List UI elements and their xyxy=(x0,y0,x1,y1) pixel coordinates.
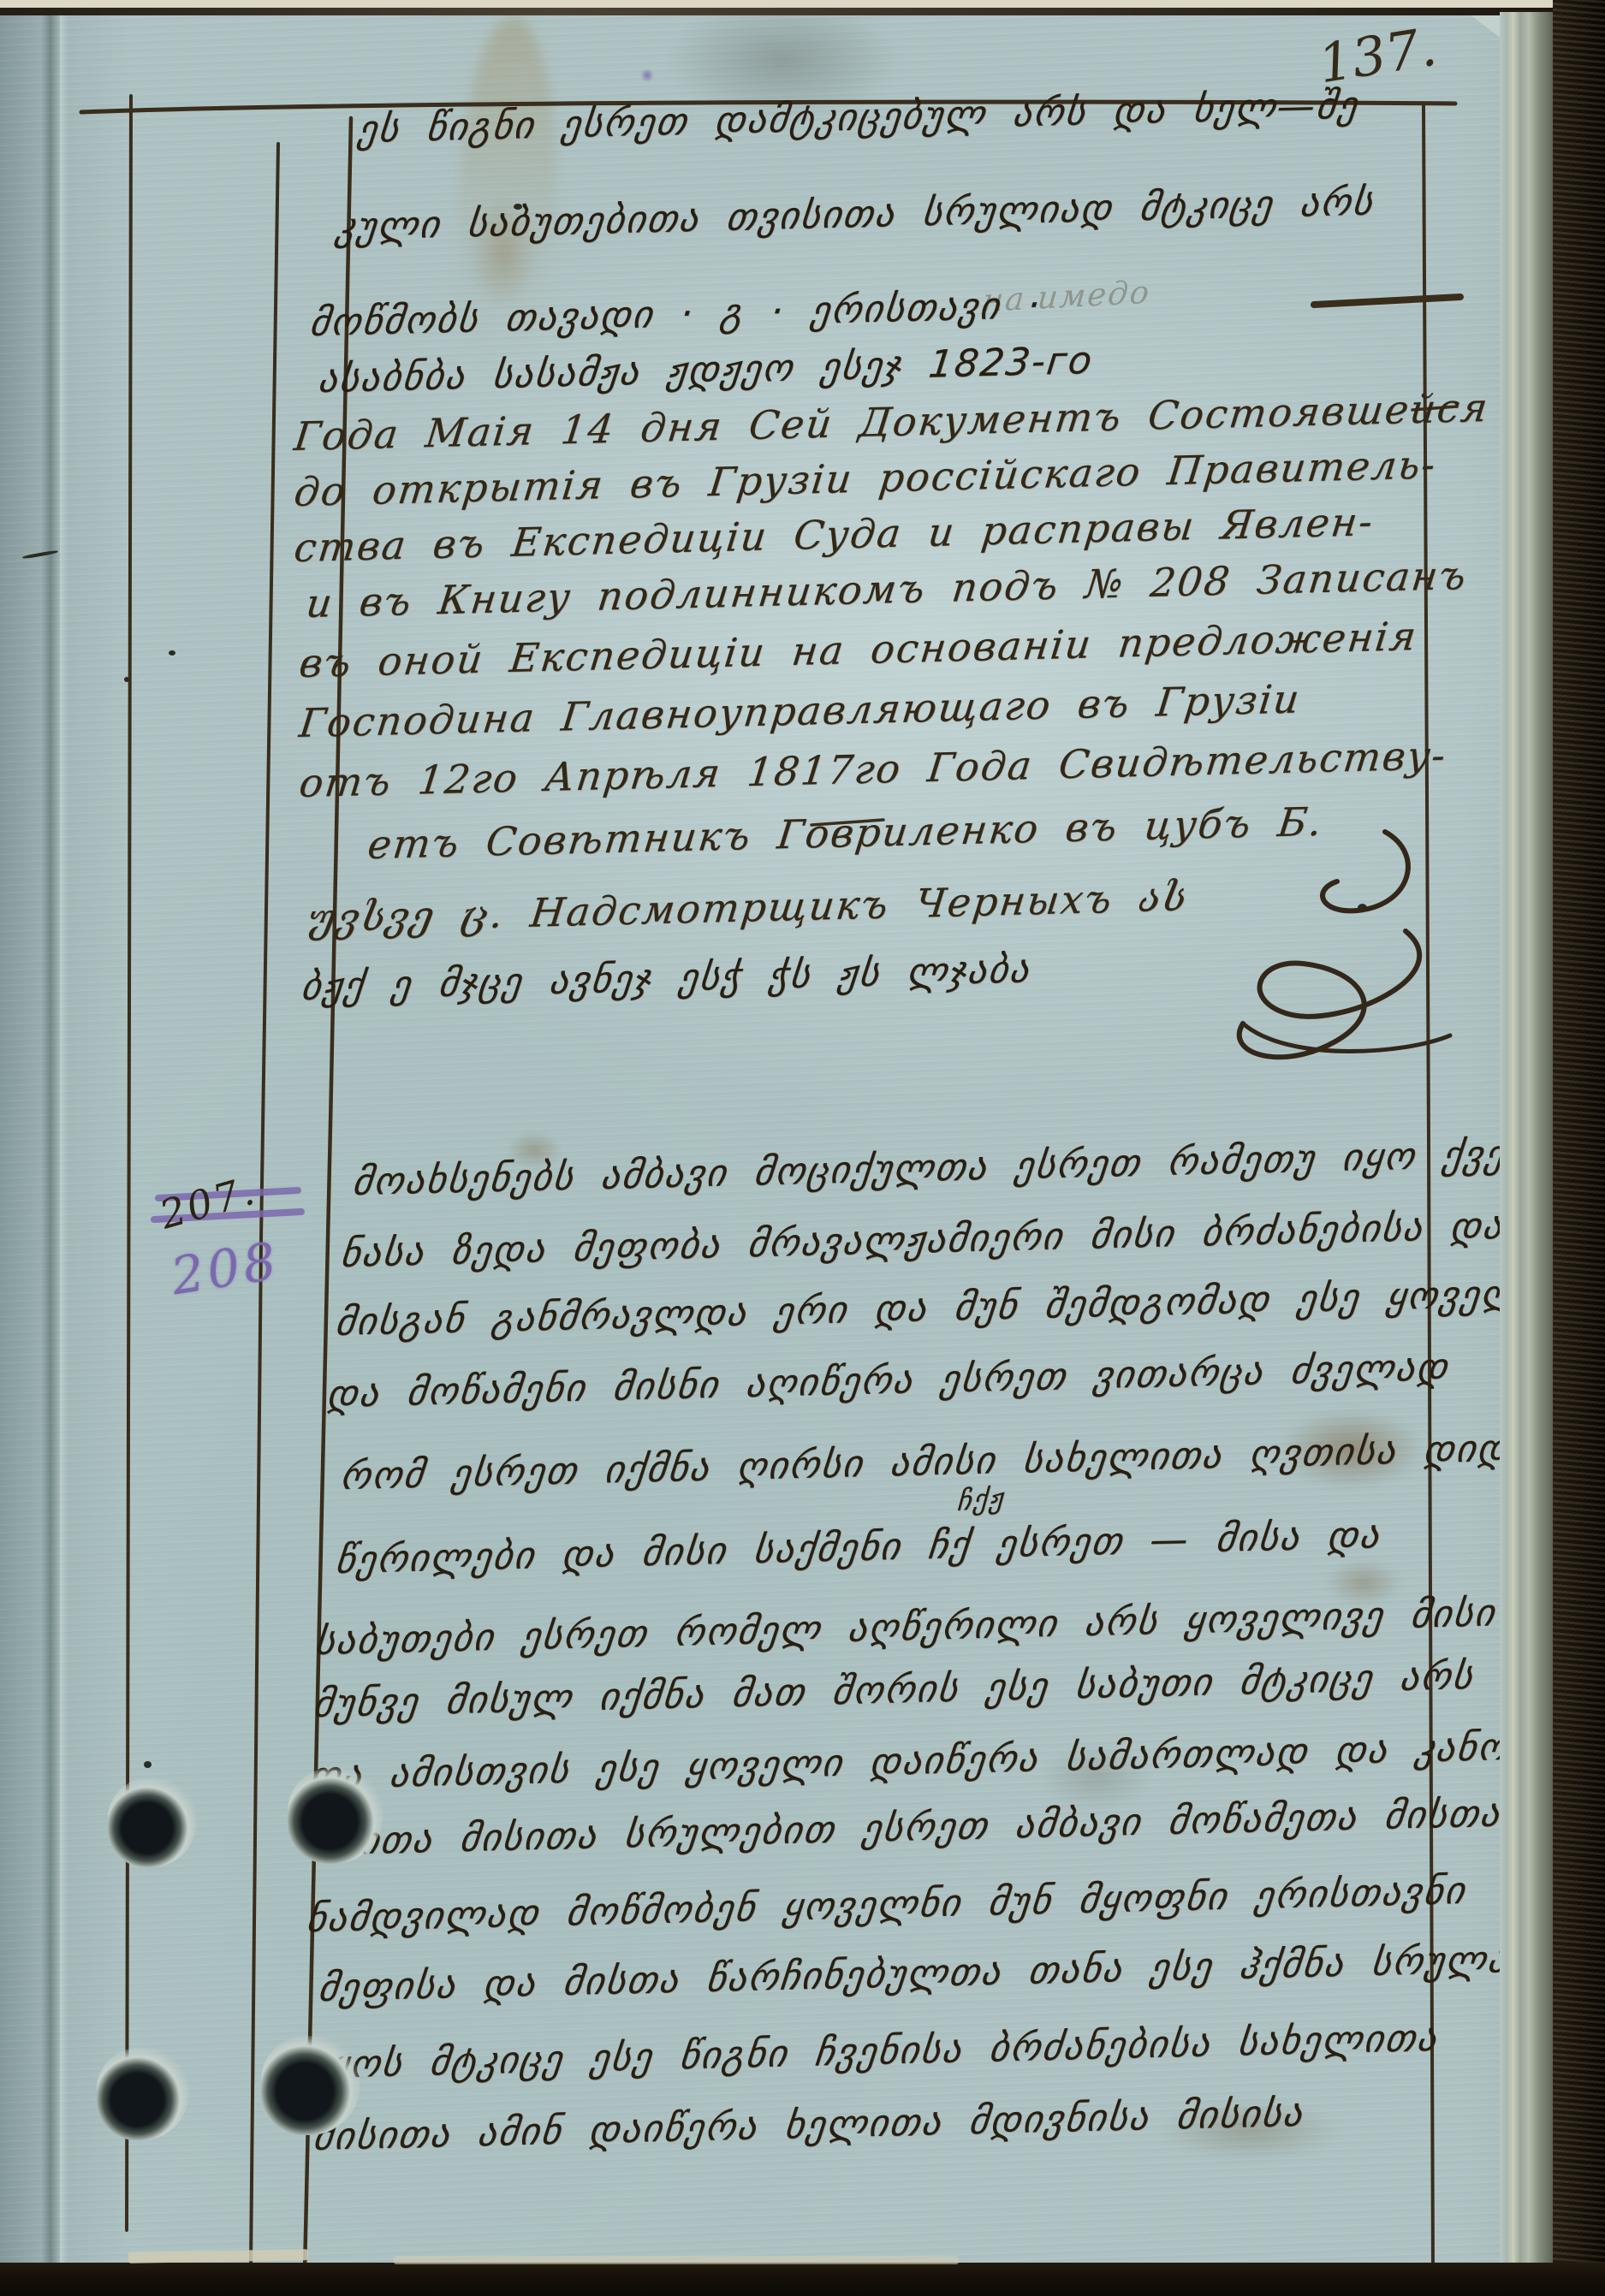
bottom-binding-edge xyxy=(0,2263,1605,2296)
top-page-edge xyxy=(0,0,1605,8)
signature-flourish xyxy=(1239,832,1450,1057)
ruled-lines xyxy=(0,0,1605,2296)
top-binding-edge xyxy=(0,8,1605,15)
right-page-stack-edge xyxy=(1500,12,1554,2284)
manuscript-scan: მისითა ამინ დაიწერა ხელითა მდივნისა მისი… xyxy=(0,0,1605,2296)
right-binding xyxy=(1553,0,1605,2296)
bottom-paper-sliver xyxy=(394,2256,959,2264)
